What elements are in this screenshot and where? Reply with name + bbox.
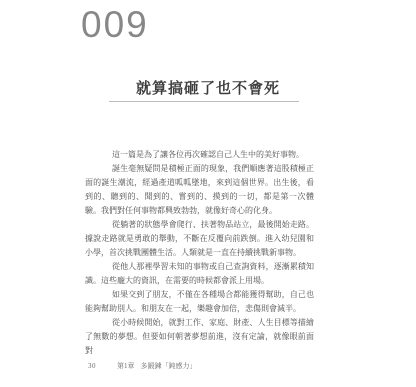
paragraph: 誕生毫無疑問是積極正面的現象，我們順應著這股積極正面的誕生潮流，經過產道呱呱墜地… — [85, 162, 314, 218]
paragraph: 如果交到了朋友，不僅在各種場合都能獲得幫助，自己也能夠幫助別人。和朋友在一起，樂… — [85, 288, 314, 316]
page-number: 30 — [88, 361, 96, 371]
title-divider — [109, 101, 299, 102]
paragraph: 從躺著的狀態學會爬行、扶著物品站立，最後開始走路。據說走路就是勇敢的舉動，不斷在… — [85, 218, 314, 260]
paragraph: 這一篇是為了讓各位再次確認自己人生中的美好事物。 — [85, 148, 314, 162]
section-number: 009 — [81, 6, 149, 43]
page-footer: 30 第1章 多鍛鍊「鈍感力」 — [88, 361, 197, 371]
paragraph: 從他人那裡學習未知的事物或自己查詢資料，逐漸累積知識。這些龐大的資訊，在需要的時… — [85, 260, 314, 288]
book-page: 009 就算搞砸了也不會死 這一篇是為了讓各位再次確認自己人生中的美好事物。 誕… — [0, 0, 416, 387]
paragraph: 從小時候開始，就對工作、家庭、財產、人生目標等描繪了無數的夢想。但要如何朝著夢想… — [85, 316, 314, 358]
body-text: 這一篇是為了讓各位再次確認自己人生中的美好事物。 誕生毫無疑問是積極正面的現象，… — [85, 148, 314, 358]
chapter-title: 多鍛鍊「鈍感力」 — [141, 361, 197, 371]
chapter-label: 第1章 — [117, 361, 135, 371]
page-title: 就算搞砸了也不會死 — [0, 77, 416, 98]
